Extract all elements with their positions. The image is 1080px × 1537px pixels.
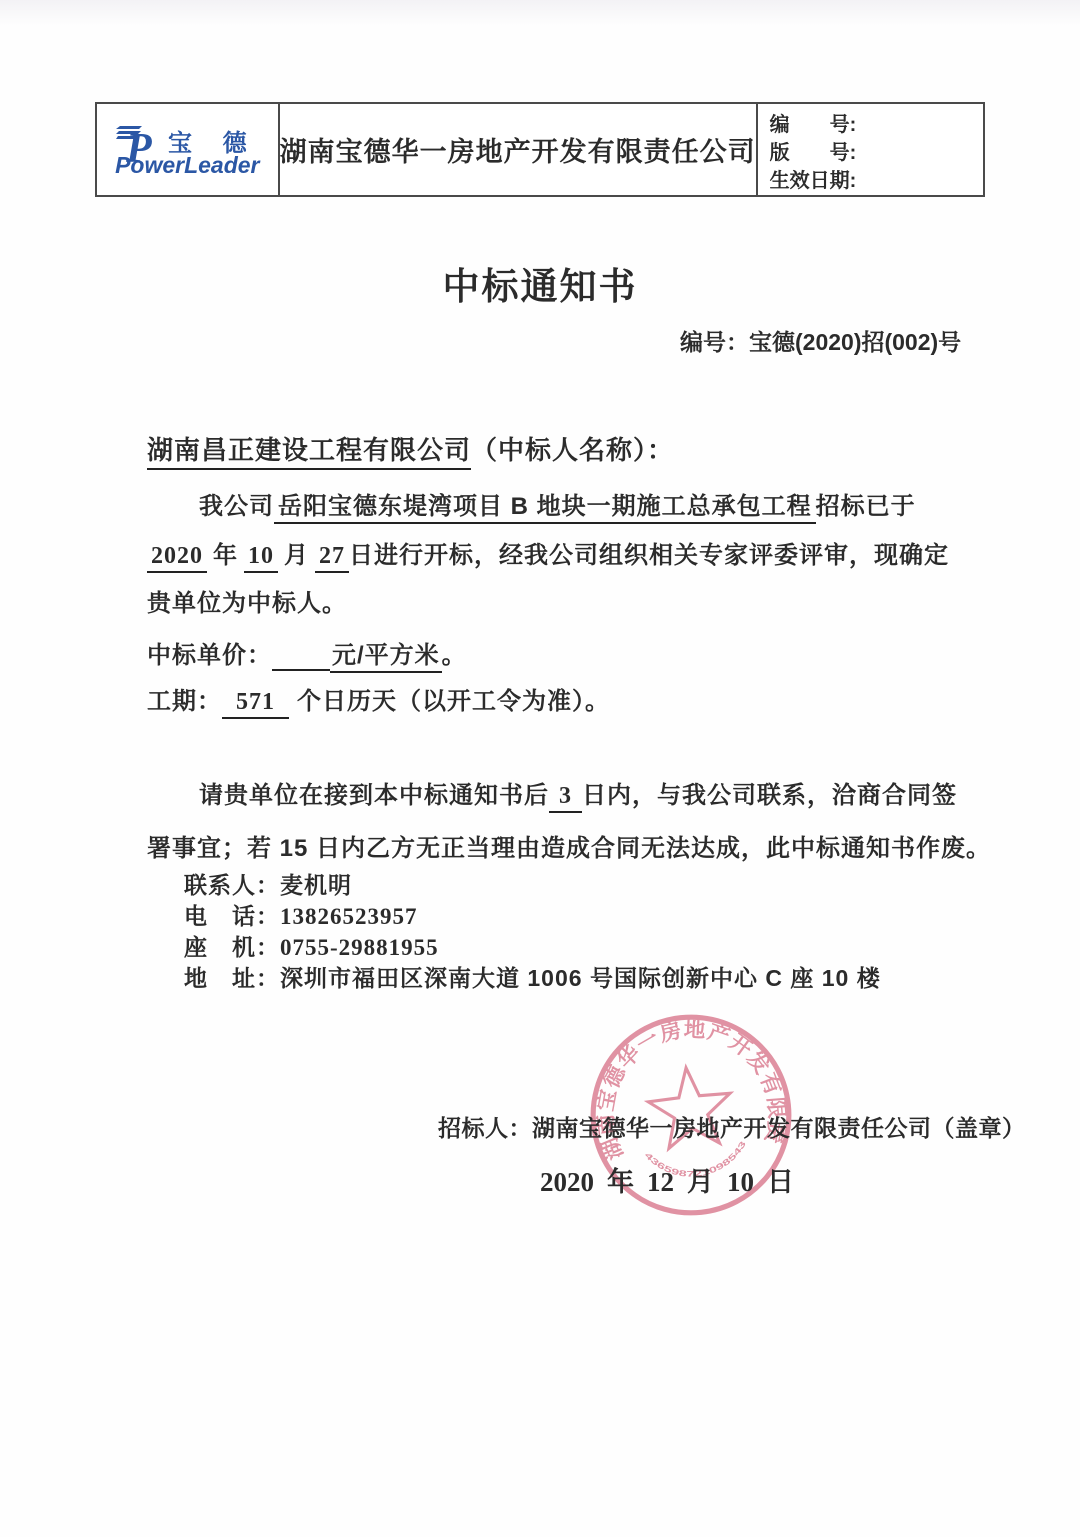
para1-line3: 贵单位为中标人。 xyxy=(147,583,937,618)
document-number-line: 编号：宝德(2020)招(002)号 xyxy=(680,324,961,357)
contact-phone-label: 电 话： xyxy=(184,903,280,929)
doc-number-label: 编号： xyxy=(680,329,749,355)
bid-price-unit: 元/平方米 xyxy=(330,642,442,673)
issue-month-unit: 月 xyxy=(687,1167,714,1197)
recipient-suffix: （中标人名称）： xyxy=(471,435,674,465)
bid-open-year: 2020 xyxy=(147,543,207,573)
issuer-company-name: 湖南宝德华一房地产开发有限责任公司（盖章） xyxy=(532,1115,1026,1141)
document-header-table: P 宝 德 PowerLeader 湖南宝德华一房地产开发有限责任公司 编 号:… xyxy=(95,102,985,197)
issue-date-line: 2020年12月10日 xyxy=(540,1160,807,1199)
meta-doc-number-label: 编 号: xyxy=(770,111,983,139)
project-name-underlined: 岳阳宝德东堤湾项目 B 地块一期施工总承包工程 xyxy=(274,493,816,524)
duration-days-value: 571 xyxy=(222,689,289,719)
contact-person-label: 联系人： xyxy=(184,872,280,898)
contact-address-label: 地 址： xyxy=(184,965,280,991)
seal-ring-text: 湖南宝德华一房地产开发有限责任公司 xyxy=(578,1002,794,1169)
duration-label: 工期： xyxy=(147,688,222,715)
doc-number-value: 宝德(2020)招(002)号 xyxy=(749,329,961,355)
document-title: 中标通知书 xyxy=(0,256,1080,310)
contact-person-row: 联系人：麦机明 xyxy=(184,870,881,901)
meta-version-label: 版 号: xyxy=(770,139,983,167)
contact-address-row: 地 址：深圳市福田区深南大道 1006 号国际创新中心 C 座 10 楼 xyxy=(184,963,881,994)
para2-line1: 请贵单位在接到本中标通知书后3日内，与我公司联系，洽商合同签 xyxy=(147,775,989,810)
issue-day: 10 xyxy=(727,1167,754,1197)
year-unit: 年 xyxy=(213,542,238,569)
issuer-label: 招标人： xyxy=(438,1115,532,1141)
issue-year-unit: 年 xyxy=(607,1167,634,1197)
para2-after: 日内，与我公司联系，洽商合同签 xyxy=(582,782,957,809)
para2-line2: 署事宜；若 15 日内乙方无正当理由造成合同无法达成，此中标通知书作废。 xyxy=(147,828,937,863)
issuer-line: 招标人：湖南宝德华一房地产开发有限责任公司（盖章） xyxy=(438,1110,1026,1143)
contact-deadline-days: 3 xyxy=(549,783,582,813)
bid-open-day: 27 xyxy=(315,543,349,573)
contact-landline-value: 0755-29881955 xyxy=(280,935,439,960)
bid-award-notice-document: P 宝 德 PowerLeader 湖南宝德华一房地产开发有限责任公司 编 号:… xyxy=(0,0,1080,1537)
contact-landline-row: 座 机：0755-29881955 xyxy=(184,932,881,963)
issue-year: 2020 xyxy=(540,1167,594,1197)
para2-before: 请贵单位在接到本中标通知书后 xyxy=(199,782,549,809)
para1-line2: 2020年10月27日进行开标，经我公司组织相关专家评委评审，现确定 xyxy=(147,535,937,570)
contact-landline-label: 座 机： xyxy=(184,934,280,960)
contact-block: 联系人：麦机明 电 话：13826523957 座 机：0755-2988195… xyxy=(184,870,881,994)
bid-price-blank xyxy=(272,645,330,671)
meta-effective-date-label: 生效日期: xyxy=(770,167,983,195)
para1-prefix: 我公司 xyxy=(199,493,274,520)
svg-text:湖南宝德华一房地产开发有限责任公司: 湖南宝德华一房地产开发有限责任公司 xyxy=(578,1002,794,1169)
bid-open-month: 10 xyxy=(244,543,278,573)
issue-day-unit: 日 xyxy=(767,1167,794,1197)
bid-price-period: 。 xyxy=(442,642,467,669)
para1-suffix: 招标已于 xyxy=(816,493,916,520)
duration-rest: 个日历天（以开工令为准）。 xyxy=(297,688,610,715)
header-company-name: 湖南宝德华一房地产开发有限责任公司 xyxy=(280,104,756,195)
bid-price-label: 中标单价： xyxy=(147,642,272,669)
logo-english-name: PowerLeader xyxy=(115,152,259,179)
bid-price-line: 中标单价：元/平方米。 xyxy=(147,635,937,671)
para1-line2-rest: 日进行开标，经我公司组织相关专家评委评审，现确定 xyxy=(349,542,949,569)
contact-person-value: 麦机明 xyxy=(280,872,352,898)
month-unit: 月 xyxy=(284,542,309,569)
recipient-company-name: 湖南昌正建设工程有限公司 xyxy=(147,435,471,470)
recipient-line: 湖南昌正建设工程有限公司（中标人名称）： xyxy=(147,430,674,467)
header-meta-fields: 编 号: 版 号: 生效日期: xyxy=(756,104,983,195)
issue-month: 12 xyxy=(647,1167,674,1197)
powerleader-logo: P 宝 德 PowerLeader xyxy=(97,104,280,195)
para1-line1: 我公司岳阳宝德东堤湾项目 B 地块一期施工总承包工程招标已于 xyxy=(147,486,989,521)
contact-address-value: 深圳市福田区深南大道 1006 号国际创新中心 C 座 10 楼 xyxy=(280,965,881,991)
contact-phone-row: 电 话：13826523957 xyxy=(184,901,881,932)
duration-line: 工期：571个日历天（以开工令为准）。 xyxy=(147,681,937,716)
contact-phone-value: 13826523957 xyxy=(280,904,418,929)
